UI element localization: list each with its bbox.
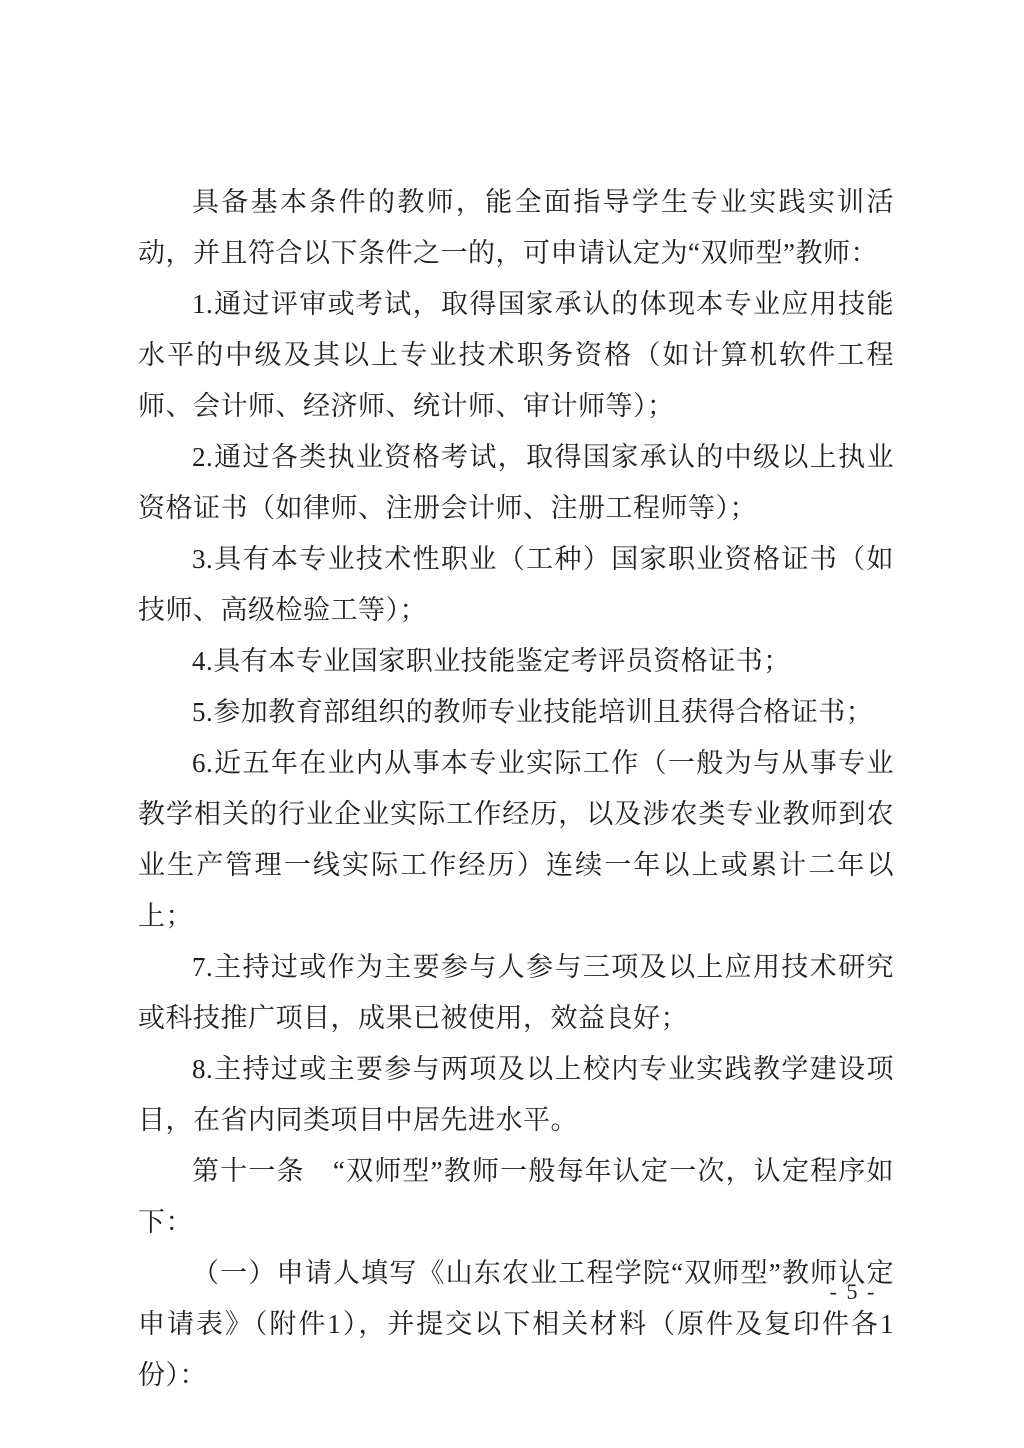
document-body: 具备基本条件的教师，能全面指导学生专业实践实训活动，并且符合以下条件之一的，可申… [138,177,894,1401]
paragraph-item-3: 3.具有本专业技术性职业（工种）国家职业资格证书（如技师、高级检验工等）； [138,534,894,636]
paragraph-intro: 具备基本条件的教师，能全面指导学生专业实践实训活动，并且符合以下条件之一的，可申… [138,177,894,279]
paragraph-item-2: 2.通过各类执业资格考试，取得国家承认的中级以上执业资格证书（如律师、注册会计师… [138,432,894,534]
paragraph-item-6: 6.近五年在业内从事本专业实际工作（一般为与从事专业教学相关的行业企业实际工作经… [138,738,894,942]
paragraph-item-1: 1.通过评审或考试，取得国家承认的体现本专业应用技能水平的中级及其以上专业技术职… [138,279,894,432]
paragraph-item-8: 8.主持过或主要参与两项及以上校内专业实践教学建设项目，在省内同类项目中居先进水… [138,1044,894,1146]
document-page: 具备基本条件的教师，能全面指导学生专业实践实训活动，并且符合以下条件之一的，可申… [0,0,1024,1448]
paragraph-item-5: 5.参加教育部组织的教师专业技能培训且获得合格证书； [138,687,894,738]
paragraph-article-11: 第十一条 “双师型”教师一般每年认定一次，认定程序如下： [138,1146,894,1248]
paragraph-item-7: 7.主持过或作为主要参与人参与三项及以上应用技术研究或科技推广项目，成果已被使用… [138,942,894,1044]
paragraph-procedure-1: （一）申请人填写《山东农业工程学院“双师型”教师认定申请表》（附件1），并提交以… [138,1248,894,1401]
page-number: - 5 - [808,1278,898,1306]
paragraph-item-4: 4.具有本专业国家职业技能鉴定考评员资格证书； [138,636,894,687]
